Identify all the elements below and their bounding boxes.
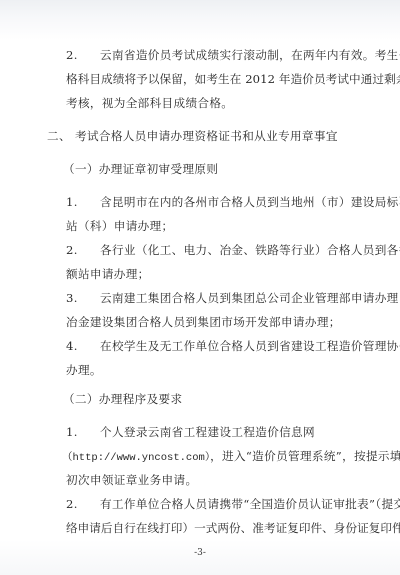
item-2-line-1: 2.云南省造价员考试成绩实行滚动制，在两年内有效。考生今年合 <box>66 48 400 62</box>
item-text: ，进入“造价员管理系统”，按提示填报 <box>210 449 400 463</box>
website-url: （http://www.yncost.com） <box>62 452 210 464</box>
principle-3-line-2: 冶金建设集团合格人员到集团市场开发部申请办理； <box>66 315 341 329</box>
principle-2-line-2: 额站申请办理； <box>66 267 150 281</box>
principle-4-line-1: 4.在校学生及无工作单位合格人员到省建设工程造价管理协会申请 <box>66 339 400 353</box>
item-text: 含昆明市在内的各州市合格人员到当地州（市）建设局标准定额 <box>100 195 400 209</box>
item-number: 4. <box>66 339 100 353</box>
section-title: 考试合格人员申请办理资格证书和从业专用章事宜 <box>75 129 338 143</box>
section-heading: 二、考试合格人员申请办理资格证书和从业专用章事宜 <box>47 129 338 143</box>
item-text: 有工作单位合格人员请携带“全国造价员认证审批表”（提交网 <box>100 497 400 511</box>
subsection-heading-2: （二）办理程序及要求 <box>63 392 182 406</box>
principle-3-line-1: 3.云南建工集团合格人员到集团总公司企业管理部申请办理；十四 <box>66 291 400 305</box>
procedure-1-line-3: 初次申领证章业务申请。 <box>66 473 197 487</box>
item-text: 各行业（化工、电力、冶金、铁路等行业）合格人员到各行业定 <box>100 243 400 257</box>
procedure-2-line-1: 2.有工作单位合格人员请携带“全国造价员认证审批表”（提交网 <box>66 497 400 511</box>
item-text: 云南省造价员考试成绩实行滚动制，在两年内有效。考生今年合 <box>100 48 400 62</box>
item-2-line-2: 格科目成绩将予以保留，如考生在 2012 年造价员考试中通过剩余科目 <box>66 72 400 86</box>
item-number: 2. <box>66 497 100 511</box>
principle-2-line-1: 2.各行业（化工、电力、冶金、铁路等行业）合格人员到各行业定 <box>66 243 400 257</box>
principle-1-line-2: 站（科）申请办理； <box>66 219 174 233</box>
page-number: -3- <box>0 548 400 558</box>
item-number: 2. <box>66 243 100 257</box>
document-page: 2.云南省造价员考试成绩实行滚动制，在两年内有效。考生今年合 格科目成绩将予以保… <box>0 0 400 575</box>
procedure-1-line-1: 1.个人登录云南省工程建设工程造价信息网 <box>66 425 315 439</box>
item-number: 2. <box>66 48 100 62</box>
item-text: 在校学生及无工作单位合格人员到省建设工程造价管理协会申请 <box>100 339 400 353</box>
principle-4-line-2: 办理。 <box>66 363 102 377</box>
item-text: 云南建工集团合格人员到集团总公司企业管理部申请办理；十四 <box>100 291 400 305</box>
subsection-heading-1: （一）办理证章初审受理原则 <box>63 162 218 176</box>
section-number: 二、 <box>47 129 75 143</box>
item-number: 1. <box>66 195 100 209</box>
item-number: 3. <box>66 291 100 305</box>
item-text: 个人登录云南省工程建设工程造价信息网 <box>100 425 315 439</box>
item-2-line-3: 考核，视为全部科目成绩合格。 <box>66 96 233 110</box>
item-number: 1. <box>66 425 100 439</box>
procedure-1-line-2: （http://www.yncost.com），进入“造价员管理系统”，按提示填… <box>62 449 400 465</box>
principle-1-line-1: 1.含昆明市在内的各州市合格人员到当地州（市）建设局标准定额 <box>66 195 400 209</box>
procedure-2-line-2: 络申请后自行在线打印）一式两份、准考证复印件、身份证复印件、职 <box>66 521 400 535</box>
